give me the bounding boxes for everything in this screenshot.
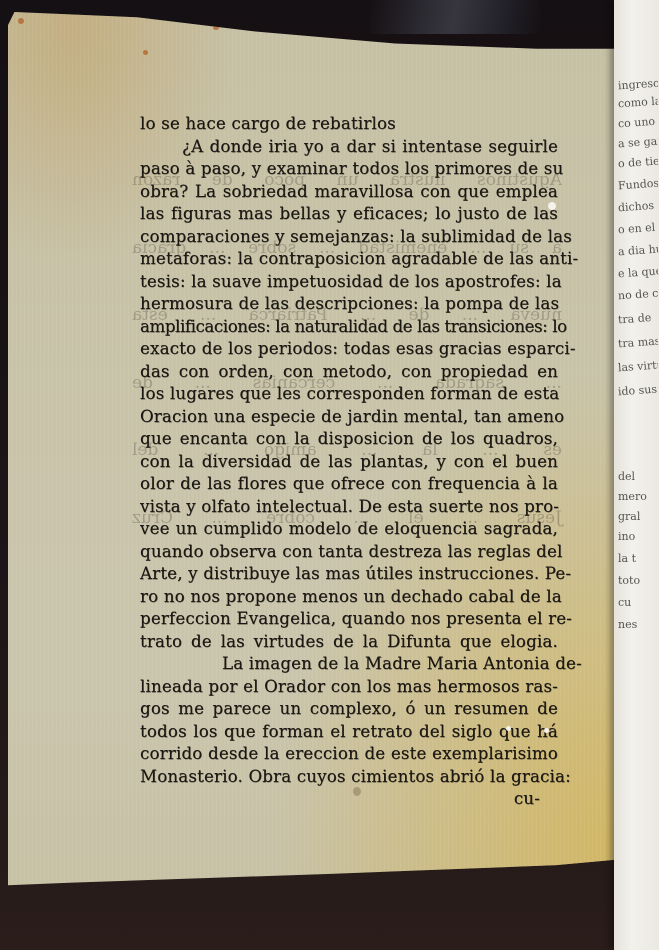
text-line: corrido desde la ereccion de este exempl…	[140, 743, 558, 766]
rust-spot	[213, 26, 219, 30]
adjacent-text-fragment: la t	[618, 552, 658, 566]
paper-hole	[506, 726, 511, 731]
text-line: gos me parece un complexo, ó un resumen …	[140, 698, 558, 721]
text-line: ro no nos propone menos un dechado cabal…	[140, 586, 558, 609]
paper-hole	[548, 202, 556, 210]
text-line: tesis: la suave impetuosidad de los apos…	[140, 271, 558, 294]
text-line: das con orden, con metodo, con propiedad…	[140, 361, 558, 384]
rust-spot	[18, 18, 24, 24]
text-line: las figuras mas bellas y eficaces; lo ju…	[140, 203, 558, 226]
adjacent-text-fragment: co uno de lo	[618, 115, 659, 132]
text-line: trato de las virtudes de la Difunta que …	[140, 631, 558, 654]
catchword: cu-	[140, 788, 558, 811]
rust-spot	[578, 888, 583, 893]
text-line: vista y olfato intelectual. De esta suer…	[140, 496, 558, 519]
text-line: metaforas: la contraposicion agradable d…	[140, 248, 558, 271]
text-line: vee un cumplido modelo de eloquencia sag…	[140, 518, 558, 541]
scanned-book-scene: Agustinos ilustra un poco de razon a su …	[0, 0, 659, 950]
text-line: lo se hace cargo de rebatirlos	[140, 113, 558, 136]
adjacent-text-fragment: mero	[618, 490, 658, 504]
text-line: perfeccion Evangelica, quando nos presen…	[140, 608, 558, 631]
rust-spot	[143, 50, 148, 55]
text-line: exacto de los periodos: todas esas graci…	[140, 338, 558, 361]
adjacent-text-fragment: ido sus co	[618, 383, 659, 400]
text-line: obra? La sobriedad maravillosa con que e…	[140, 181, 558, 204]
adjacent-text-fragment: ino	[618, 530, 658, 544]
adjacent-text-fragment: e la que lo	[618, 265, 659, 282]
adjacent-text-fragment: las virtudes	[618, 359, 659, 376]
adjacent-text-fragment: del	[618, 470, 658, 484]
text-line: todos los que forman el retrato del sigl…	[140, 721, 558, 744]
adjacent-text-fragment: o de tiempo	[618, 155, 659, 172]
adjacent-text-fragment: tra de	[618, 311, 659, 328]
paper-hole	[544, 728, 549, 733]
adjacent-text-fragment: a dia hubiese	[618, 243, 659, 260]
foxing-spot	[470, 892, 478, 902]
main-text-block: lo se hace cargo de rebatirlos ¿A donde …	[140, 113, 558, 811]
text-line: comparaciones y semejanzas: la sublimida…	[140, 226, 558, 249]
adjacent-text-fragment: dichos las	[618, 199, 659, 216]
text-line: amplificaciones: la naturalidad de las t…	[140, 316, 558, 339]
text-line: Oracion una especie de jardin mental, ta…	[140, 406, 558, 429]
text-line: con la diversidad de las plantas, y con …	[140, 451, 558, 474]
text-line: Arte, y distribuye las mas útiles instru…	[140, 563, 558, 586]
text-line: que encanta con la disposicion de los qu…	[140, 428, 558, 451]
adjacent-text-fragment: como la sa	[618, 95, 659, 112]
adjacent-text-fragment: ingresos ne	[618, 77, 659, 94]
background-cloth	[370, 0, 540, 34]
adjacent-text-fragment: Fundose el l	[618, 177, 659, 194]
adjacent-page-edge: ingresos ne como la sa co uno de lo a se…	[614, 0, 659, 950]
text-line: La imagen de la Madre Maria Antonia de-	[140, 653, 558, 676]
text-line: hermosura de las descripciones: la pompa…	[140, 293, 558, 316]
text-line: paso à paso, y examinar todos los primor…	[140, 158, 558, 181]
adjacent-text-fragment: cu	[618, 596, 658, 610]
text-line: olor de las flores que ofrece con freque…	[140, 473, 558, 496]
text-line: lineada por el Orador con los mas hermos…	[140, 676, 558, 699]
text-line: quando observa con tanta destreza las re…	[140, 541, 558, 564]
adjacent-text-fragment: o en el de	[618, 221, 659, 238]
text-line: ¿A donde iria yo a dar si intentase segu…	[140, 136, 558, 159]
adjacent-text-fragment: toto	[618, 574, 658, 588]
adjacent-text-fragment: a se ganase hab	[618, 135, 659, 152]
adjacent-text-fragment: no de ca	[618, 287, 659, 304]
adjacent-text-fragment: gral	[618, 510, 658, 524]
adjacent-text-fragment: tra mas d	[618, 335, 659, 352]
text-line: Monasterio. Obra cuyos cimientos abrió l…	[140, 766, 558, 789]
text-line: los lugares que les corresponden forman …	[140, 383, 558, 406]
adjacent-text-fragment: nes	[618, 618, 658, 632]
